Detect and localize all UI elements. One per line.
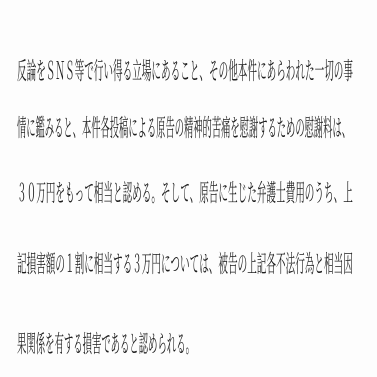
text-line-2: 情に鑑みると、本件各投稿による原告の精神的苦痛を慰謝するための慰謝料は、 [17,115,351,141]
scanned-document-page: 反論をＳＮＳ等で行い得る立場にあること、その他本件にあらわれた一切の事 情に鑑み… [0,0,377,377]
text-line-3: ３０万円をもって相当と認める。そして、原告に生じた弁護士費用のうち、上 [17,180,353,206]
text-line-4: 記損害額の１割に相当する３万円については、被告の上記各不法行為と相当因 [17,251,353,277]
text-line-5: 果関係を有する損害であると認められる。 [17,331,195,357]
text-line-1: 反論をＳＮＳ等で行い得る立場にあること、その他本件にあらわれた一切の事 [17,58,353,84]
